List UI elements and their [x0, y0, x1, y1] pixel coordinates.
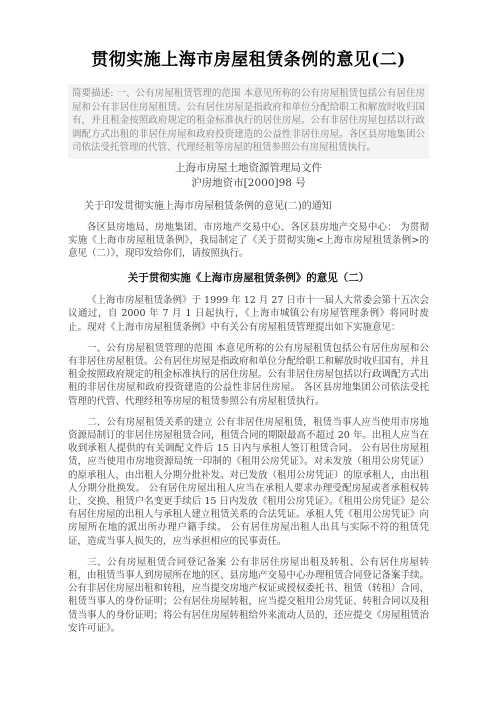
- recipients-paragraph: 各区县房地局、房地集团、市房地产交易中心、各区县房地产交易中心： 为贯彻实施《上…: [68, 221, 429, 261]
- item-1-scope-paragraph: 一、公有房屋租赁管理的范围 本意见所称的公有房屋租赁包括公有居住房屋和公有非居住…: [68, 342, 429, 408]
- item-2-lease-relationship-paragraph: 二、公有房屋租赁关系的建立 公有非居住房屋租赁，租赁当事人应当使用市房地资源局制…: [68, 416, 429, 548]
- document-title: 贯彻实施上海市房屋租赁条例的意见(二): [68, 48, 429, 72]
- intro-paragraph: 《上海市房屋租赁条例》于 1999 年 12 月 27 日市十一届人大常委会第十…: [68, 294, 429, 334]
- item-3-registration-paragraph: 三、公有房屋租赁合同登记备案 公有非居住房屋出租及转租、公有居住房屋转租，由租赁…: [68, 556, 429, 635]
- summary-block: 简要描述: 一、公有房屋租赁管理的范围 本意见所称的公有房屋租赁包括公有居住房屋…: [68, 84, 429, 159]
- section-heading: 关于贯彻实施《上海市房屋租赁条例》的意见（二）: [68, 271, 429, 286]
- doc-number-line: 沪房地资市[2000]98 号: [68, 176, 429, 191]
- document-page: 贯彻实施上海市房屋租赁条例的意见(二) 简要描述: 一、公有房屋租赁管理的范围 …: [0, 0, 496, 702]
- issuer-line: 上海市房屋土地资源管理局文件: [68, 161, 429, 176]
- notice-title: 关于印发贯彻实施上海市房屋租赁条例的意见(二)的通知: [68, 200, 429, 213]
